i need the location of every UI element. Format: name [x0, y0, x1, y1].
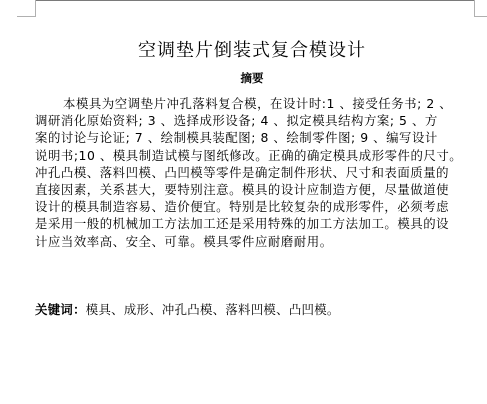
right-margin-corner-mark-horizontal — [474, 16, 487, 17]
left-margin-corner-mark — [35, 0, 36, 16]
abstract-line: 设计的模具制造容易、造价便宜。特别是比较复杂的成形零件，必须考虑 — [35, 198, 455, 215]
abstract-line: 本模具为空调垫片冲孔落料复合模，在设计时:1 、接受任务书; 2 、 — [35, 95, 455, 112]
keywords-label: 关键词： — [35, 302, 86, 317]
keywords-text: 模具、成形、冲孔凸模、落料凹模、凸凹模。 — [86, 302, 340, 317]
abstract-heading: 摘要 — [0, 71, 487, 85]
page-top-edge — [35, 0, 474, 1]
abstract-line: 冲孔凸模、落料凹模、凸凹模等零件是确定制件形状、尺寸和表面质量的 — [35, 164, 455, 181]
document-title: 空调垫片倒装式复合模设计 — [0, 40, 487, 62]
abstract-line: 计应当效率高、安全、可靠。模具零件应耐磨耐用。 — [35, 233, 455, 250]
abstract-paragraph: 本模具为空调垫片冲孔落料复合模，在设计时:1 、接受任务书; 2 、 调研消化原… — [35, 95, 455, 250]
right-margin-corner-mark — [474, 0, 475, 16]
abstract-line: 调研消化原始资料; 3 、选择成形设备; 4 、拟定模具结构方案; 5 、方 — [35, 112, 455, 129]
left-margin-corner-mark-horizontal — [17, 16, 36, 17]
abstract-line: 说明书;10 、模具制造试模与图纸修改。正确的确定模具成形零件的尺寸。 — [35, 147, 455, 164]
keywords-line: 关键词：模具、成形、冲孔凸模、落料凹模、凸凹模。 — [35, 301, 340, 318]
abstract-line: 直接因素，关系甚大，要特别注意。模具的设计应制造方便，尽量做道使 — [35, 181, 455, 198]
abstract-line: 案的讨论与论证; 7 、绘制模具装配图; 8 、绘制零件图; 9 、编写设计 — [35, 129, 455, 146]
abstract-line: 是采用一般的机械加工方法加工还是采用特殊的加工方法加工。模具的设 — [35, 215, 455, 232]
